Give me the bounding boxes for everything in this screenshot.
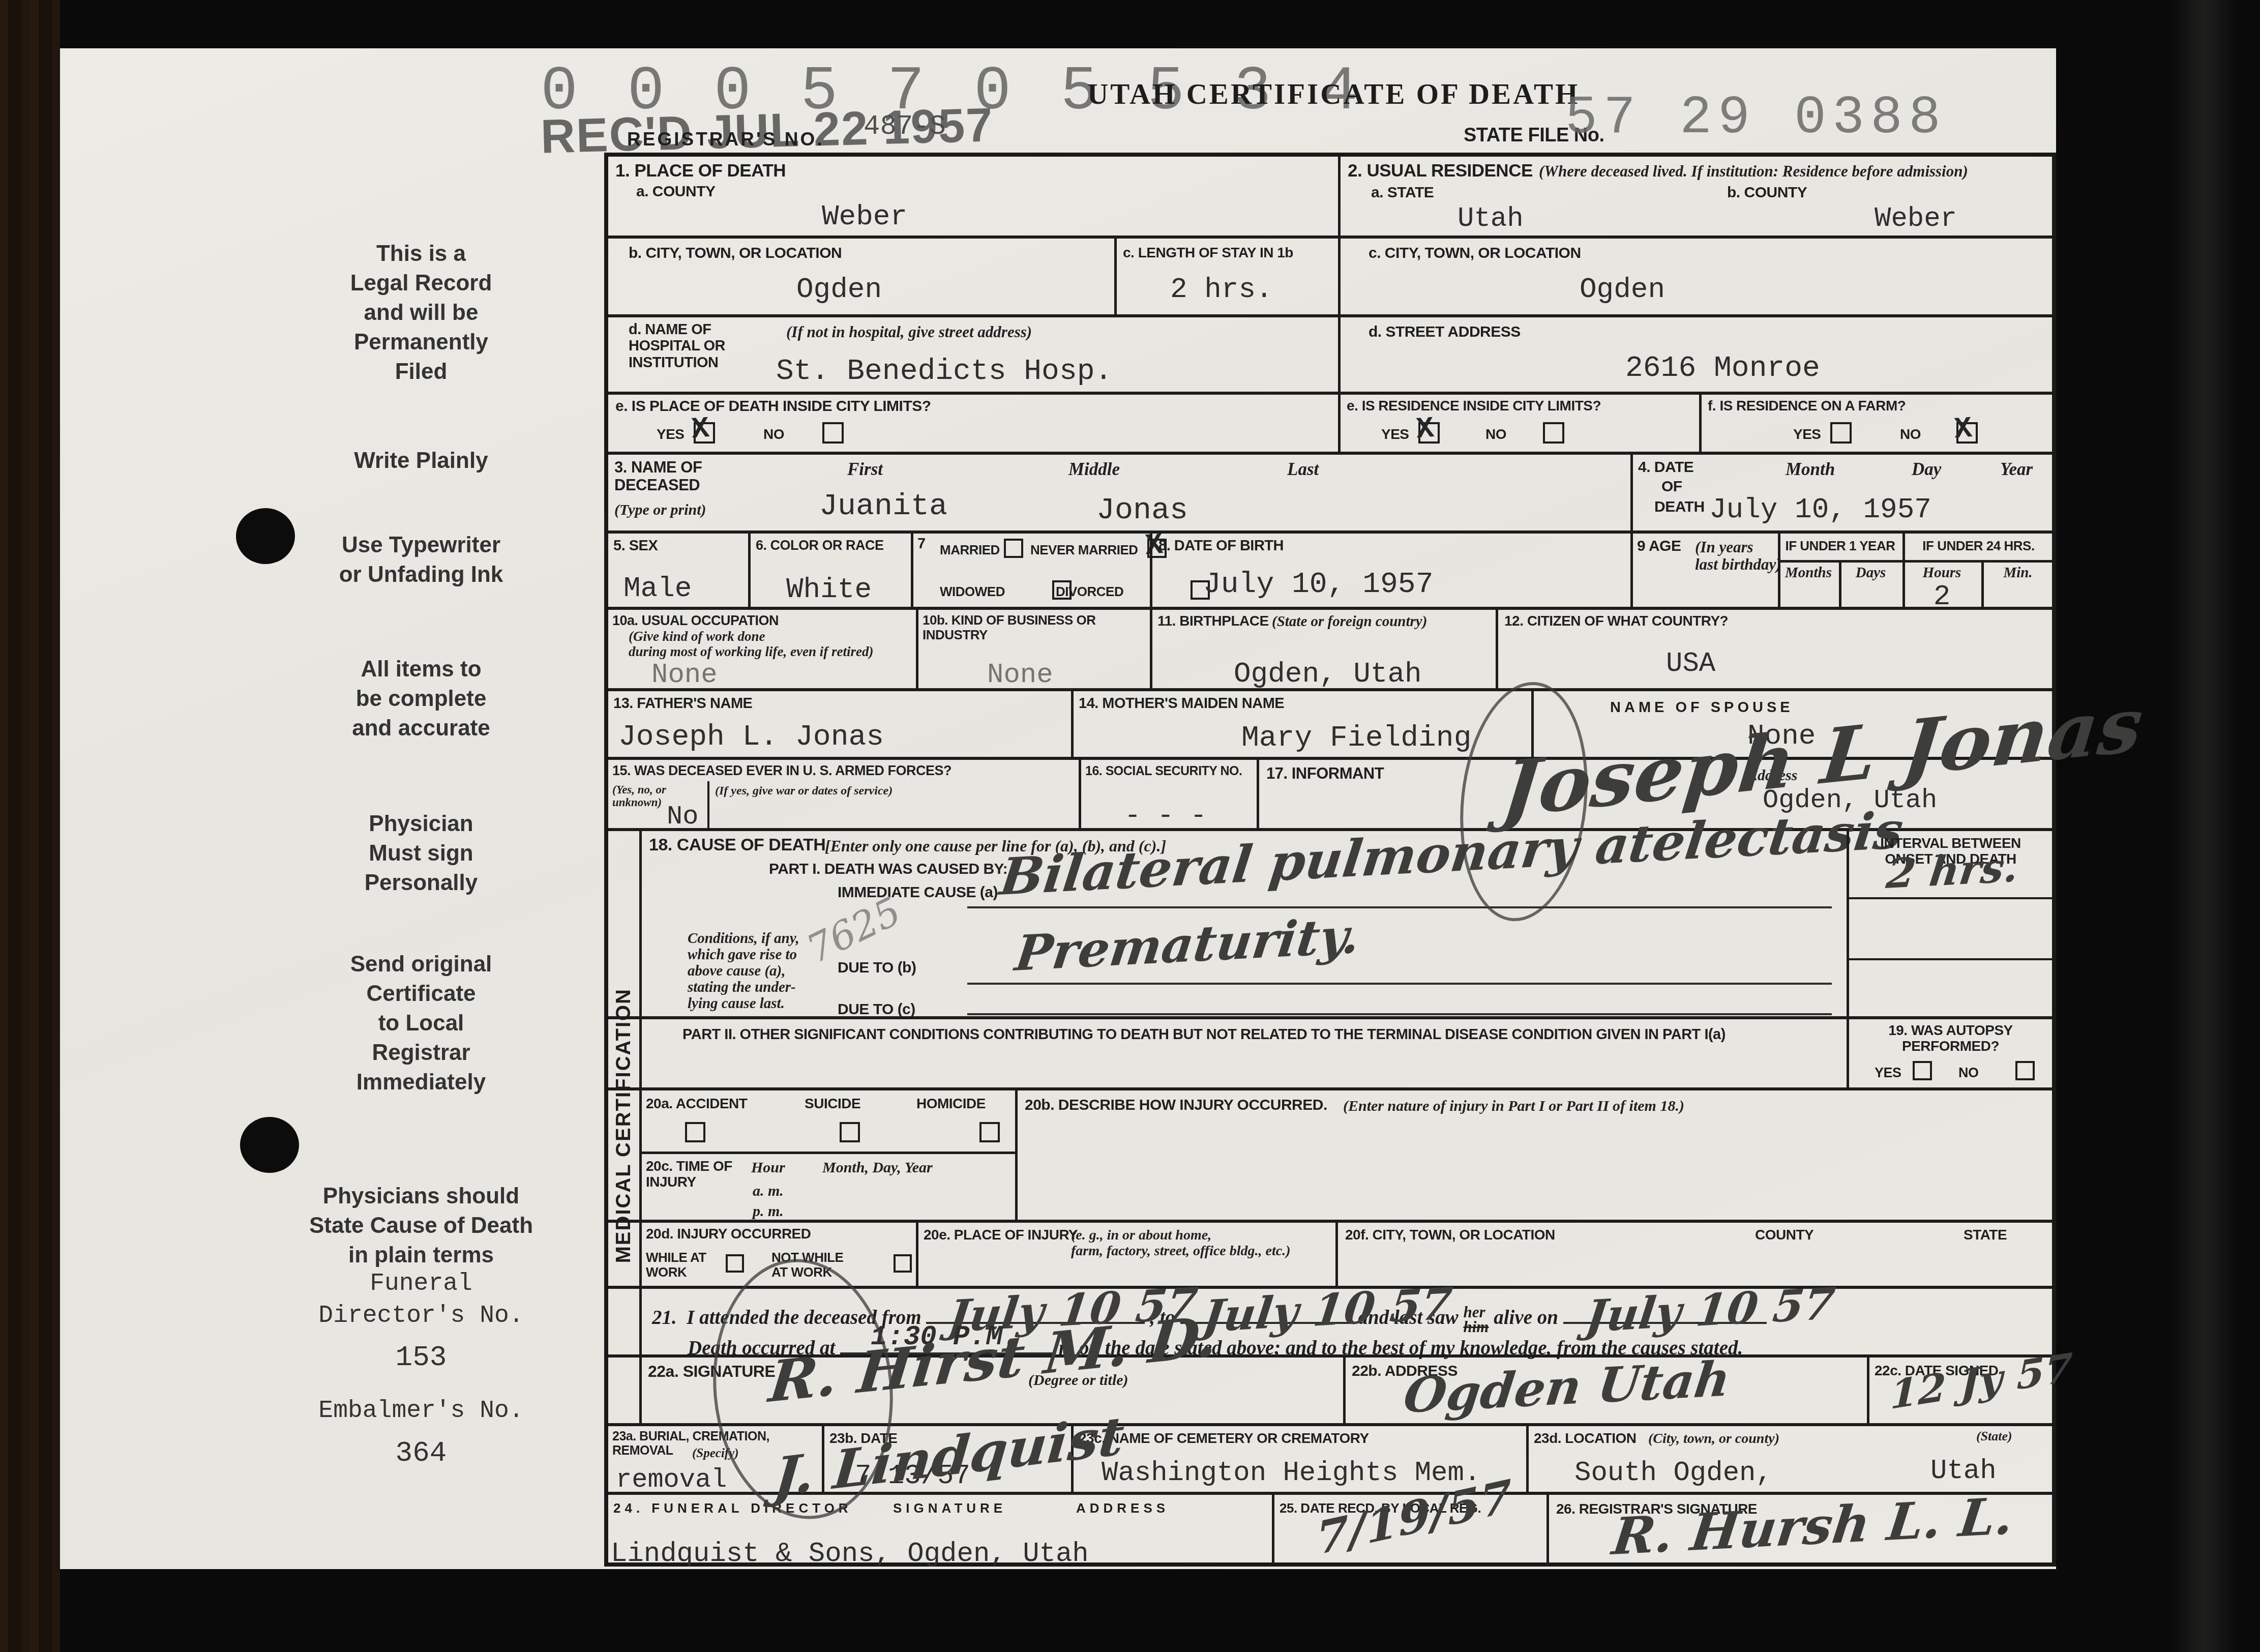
row-occupation-birthplace-citizen: 10a. USUAL OCCUPATION (Give kind of work…: [608, 607, 2052, 688]
field-2-usual-residence: 2. USUAL RESIDENCE (Where deceased lived…: [1338, 157, 2052, 235]
registrars-no-label: REGISTRAR'S NO.: [627, 129, 824, 150]
field-7-number: 7: [917, 536, 926, 552]
row-part2-autopsy: PART II. OTHER SIGNIFICANT CONDITIONS CO…: [608, 1016, 2052, 1087]
field-21-text4: alive on: [1494, 1307, 1558, 1329]
field-18-cause-of-death: 18. CAUSE OF DEATH [Enter only one cause…: [642, 831, 1847, 1016]
field-26-registrar-signature: 26. REGISTRAR'S SIGNATURE R. Hursh L. L.: [1547, 1495, 2052, 1567]
row-hospital-street: d. NAME OF HOSPITAL OR INSTITUTION (If n…: [608, 314, 2052, 392]
field-20c-hour-label: Hour: [751, 1159, 785, 1176]
field-11-label: 11. BIRTHPLACE: [1157, 613, 1269, 629]
field-4-month-header: Month: [1786, 460, 1835, 480]
field-18-due-b-label: DUE TO (b): [838, 959, 916, 977]
margin-note-send-original: Send original Certificate to Local Regis…: [228, 950, 614, 1097]
field-14-label: 14. MOTHER'S MAIDEN NAME: [1079, 695, 1284, 712]
background-wood-edge: [0, 0, 60, 1652]
field-1-place-of-death: 1. PLACE OF DEATH a. COUNTY Weber: [608, 157, 1338, 235]
field-2f-yes-label: YES: [1793, 426, 1821, 442]
x-mark-icon: X: [1415, 415, 1435, 445]
field-1-title: 1. PLACE OF DEATH: [615, 161, 786, 181]
field-7-widowed-label: WIDOWED: [940, 584, 1005, 599]
field-12-value: USA: [1666, 651, 1715, 678]
field-2e-yes-label: YES: [1381, 426, 1409, 442]
field-20a-suicide-checkbox: [840, 1122, 860, 1142]
field-5-value: Male: [623, 574, 692, 603]
field-18-part2: PART II. OTHER SIGNIFICANT CONDITIONS CO…: [642, 1019, 1847, 1087]
blank-line-c: [967, 1013, 1832, 1015]
field-23a-value: removal: [616, 1467, 727, 1493]
field-13-value: Joseph L. Jonas: [618, 723, 884, 752]
field-1d-label: d. NAME OF HOSPITAL OR INSTITUTION: [629, 321, 725, 371]
registrars-no-value: 487-S: [864, 113, 946, 141]
field-4-label-2: OF: [1661, 478, 1682, 495]
field-1e-yes-label: YES: [657, 426, 685, 442]
row-place-residence-1: 1. PLACE OF DEATH a. COUNTY Weber 2. USU…: [608, 157, 2052, 235]
field-6-color-or-race: 6. COLOR OR RACE White: [748, 534, 911, 607]
field-22c-date-signed: 22c. DATE SIGNED 12 Jy 57: [1867, 1358, 2052, 1423]
her-word: her: [1464, 1305, 1489, 1319]
divider: [1849, 958, 2052, 960]
field-1b-value: Ogden: [796, 275, 882, 304]
margin-note-physician-sign: Physician Must sign Personally: [228, 809, 614, 898]
field-20c-pm-label: p. m.: [753, 1203, 784, 1220]
certificate-title: UTAH CERTIFICATE OF DEATH: [1087, 78, 1580, 111]
field-8-date-of-birth: 8. DATE OF BIRTH July 10, 1957: [1150, 534, 1630, 607]
field-24-value: Lindquist & Sons, Ogden, Utah: [611, 1541, 1089, 1568]
field-21-to-handwriting: July 10 57: [1201, 1285, 1454, 1335]
row-city-limits-farm: e. IS PLACE OF DEATH INSIDE CITY LIMITS?…: [608, 392, 2052, 452]
field-17-label: 17. INFORMANT: [1266, 765, 1384, 783]
embalmers-no-label: Embalmer's No.: [228, 1395, 614, 1427]
field-1e-inside-city-limits: e. IS PLACE OF DEATH INSIDE CITY LIMITS?…: [608, 395, 1338, 452]
field-15-armed-forces: 15. WAS DECEASED EVER IN U. S. ARMED FOR…: [608, 760, 1079, 828]
field-20a-suicide-label: SUICIDE: [805, 1096, 860, 1111]
field-10b-business: 10b. KIND OF BUSINESS OR INDUSTRY None: [916, 610, 1150, 688]
field-20d-label: 20d. INJURY OCCURRED: [646, 1226, 811, 1242]
field-4-year-header: Year: [2000, 460, 2033, 480]
field-2c-value: Ogden: [1580, 275, 1665, 304]
field-9-hours-label: Hours: [1902, 565, 1981, 581]
field-9-age: 9 AGE (In years last birthday) IF UNDER …: [1630, 534, 2052, 607]
field-10a-occupation: 10a. USUAL OCCUPATION (Give kind of work…: [608, 610, 916, 688]
row-city-length: b. CITY, TOWN, OR LOCATION Ogden c. LENG…: [608, 235, 2052, 314]
field-19-label: 19. WAS AUTOPSY PERFORMED?: [1849, 1022, 2052, 1054]
field-3-label: 3. NAME OF DECEASED: [614, 459, 702, 494]
field-4-day-header: Day: [1912, 460, 1941, 480]
field-13-fathers-name: 13. FATHER'S NAME Joseph L. Jonas: [608, 691, 1071, 757]
interval-value-handwriting: 2 hrs.: [1885, 850, 2020, 891]
field-1d-note: (If not in hospital, give street address…: [786, 323, 1032, 341]
field-3-name-of-deceased: 3. NAME OF DECEASED (Type or print) Firs…: [608, 455, 1630, 530]
field-14-value: Mary Fielding: [1241, 724, 1471, 753]
field-1e-no-label: NO: [763, 426, 784, 442]
field-4-label-3: DEATH: [1654, 498, 1705, 516]
field-26-value-handwriting: R. Hursh L. L.: [1610, 1494, 2016, 1558]
margin-note-typewriter: Use Typewriter or Unfading Ink: [228, 530, 614, 589]
field-20f-state-label: STATE: [1964, 1227, 2007, 1243]
field-15-label: 15. WAS DECEASED EVER IN U. S. ARMED FOR…: [612, 763, 951, 778]
field-20a-homicide-checkbox: [979, 1122, 1000, 1142]
margin-note-complete: All items to be complete and accurate: [228, 655, 614, 743]
field-1b-label: b. CITY, TOWN, OR LOCATION: [629, 245, 842, 262]
field-20d-notwhile-checkbox: [894, 1254, 912, 1273]
field-9-months-label: Months: [1778, 565, 1839, 581]
field-20c-label: 20c. TIME OF INJURY: [646, 1158, 732, 1190]
field-18-part1-label: PART I. DEATH WAS CAUSED BY:: [769, 861, 1007, 878]
scanned-death-certificate-photo: 0 0 0 5 7 0 5 5 3 4 REC'D JUL 22 1957 RE…: [0, 0, 2260, 1652]
state-file-no-value: 57 29 0388: [1565, 92, 1947, 145]
field-5-label: 5. SEX: [613, 538, 658, 554]
field-16-label: 16. SOCIAL SECURITY NO.: [1085, 764, 1242, 778]
blank-line-b: [967, 983, 1832, 985]
field-1a-label: a. COUNTY: [636, 183, 716, 200]
row-cause-of-death: 18. CAUSE OF DEATH [Enter only one cause…: [608, 828, 2052, 1016]
field-18-title: 18. CAUSE OF DEATH: [649, 835, 825, 854]
field-16-ssn: 16. SOCIAL SECURITY NO. - - -: [1079, 760, 1257, 828]
field-21-alive-blank: July 10 57: [1563, 1301, 1767, 1324]
field-2f-label: f. IS RESIDENCE ON A FARM?: [1708, 398, 1906, 414]
field-10b-value: None: [987, 662, 1053, 689]
funeral-directors-no-value: 153: [228, 1339, 614, 1377]
field-20a-accident-label: 20a. ACCIDENT: [646, 1096, 747, 1111]
field-2a-value: Utah: [1458, 205, 1524, 233]
field-20b-describe-injury: 20b. DESCRIBE HOW INJURY OCCURRED. (Ente…: [1015, 1090, 2052, 1220]
field-20f-city-county-state: 20f. CITY, TOWN, OR LOCATION COUNTY STAT…: [1335, 1223, 2052, 1286]
field-1b-city: b. CITY, TOWN, OR LOCATION Ogden: [608, 239, 1114, 314]
field-18-cause-b-handwriting: Prematurity.: [1013, 915, 1362, 975]
field-2-title-note: (Where deceased lived. If institution: R…: [1539, 163, 1968, 180]
field-20b-note: (Enter nature of injury in Part I or Par…: [1343, 1098, 1684, 1114]
field-23d-state-note: (State): [1976, 1429, 2012, 1444]
field-24-label-signature: SIGNATURE: [893, 1501, 1006, 1516]
field-19-no-label: NO: [1958, 1065, 1979, 1080]
field-10a-label: 10a. USUAL OCCUPATION: [612, 613, 779, 628]
field-2d-street-address: d. STREET ADDRESS 2616 Monroe: [1338, 317, 2052, 392]
field-20e-place-of-injury: 20e. PLACE OF INJURY (e. g., in or about…: [916, 1223, 1335, 1286]
field-7-divorced-label: DIVORCED: [1056, 584, 1123, 599]
field-19-no-checkbox: [2015, 1061, 2035, 1080]
field-11-birthplace: 11. BIRTHPLACE (State or foreign country…: [1150, 610, 1496, 688]
field-20e-label: 20e. PLACE OF INJURY: [924, 1227, 1078, 1243]
injury-left-column: 20a. ACCIDENT SUICIDE HOMICIDE 20c. TIME…: [642, 1090, 1015, 1220]
field-11-note: (State or foreign country): [1272, 614, 1427, 630]
field-1d-hospital: d. NAME OF HOSPITAL OR INSTITUTION (If n…: [608, 317, 1338, 392]
field-1c-length-of-stay: c. LENGTH OF STAY IN 1b 2 hrs.: [1114, 239, 1338, 314]
field-7-marital-status: 7 MARRIED NEVER MARRIED X WIDOWED DIVORC…: [911, 534, 1150, 607]
divider: [707, 781, 709, 831]
field-2c-city: c. CITY, TOWN, OR LOCATION Ogden: [1338, 239, 2052, 314]
background-right-sheen: [2172, 0, 2238, 1652]
field-22c-value-handwriting: 12 Jy 57: [1890, 1351, 2073, 1412]
field-23d-state-value: Utah: [1930, 1458, 1997, 1485]
field-24-label-address: ADDRESS: [1076, 1501, 1169, 1516]
x-mark-icon: X: [1953, 415, 1973, 445]
field-7-married-checkbox: [1004, 539, 1023, 558]
field-14-mothers-maiden-name: 14. MOTHER'S MAIDEN NAME Mary Fielding: [1071, 691, 1531, 757]
field-18-due-c-label: DUE TO (c): [838, 1001, 915, 1018]
field-20a-accident-suicide-homicide: 20a. ACCIDENT SUICIDE HOMICIDE: [642, 1090, 1015, 1154]
field-15-value: No: [667, 804, 698, 830]
field-20a-accident-checkbox: [685, 1122, 705, 1142]
margin-note-plain-terms: Physicians should State Cause of Death i…: [228, 1182, 614, 1270]
field-2f-no-checkbox: X: [1956, 422, 1978, 444]
field-16-value: - - -: [1124, 803, 1207, 830]
field-1d-value: St. Benedicts Hosp.: [776, 357, 1112, 387]
field-1e-yes-checkbox: X: [694, 422, 715, 444]
field-23d-note: (City, town, or county): [1648, 1431, 1779, 1447]
field-2e-yes-checkbox: X: [1418, 422, 1440, 444]
field-9-under1-label: IF UNDER 1 YEAR: [1778, 539, 1902, 553]
field-8-label: 8. DATE OF BIRTH: [1158, 538, 1284, 554]
divider: [1849, 897, 2052, 899]
field-4-label-1: 4. DATE: [1638, 459, 1693, 476]
field-2b-value: Weber: [1875, 205, 1957, 233]
field-5-sex: 5. SEX Male: [608, 534, 748, 607]
field-3-note: (Type or print): [614, 501, 706, 518]
field-10a-note: (Give kind of work done during most of w…: [629, 629, 874, 659]
field-20c-mdy-label: Month, Day, Year: [822, 1159, 933, 1176]
margin-note-write-plainly: Write Plainly: [228, 446, 614, 476]
field-21-alive-handwriting: July 10 57: [1584, 1285, 1837, 1335]
blank-line-a: [967, 906, 1832, 908]
field-19-yes-checkbox: [1913, 1061, 1932, 1080]
field-13-label: 13. FATHER'S NAME: [613, 695, 752, 712]
field-19-yes-label: YES: [1875, 1065, 1901, 1080]
field-6-value: White: [786, 575, 872, 604]
field-20e-note: (e. g., in or about home, farm, factory,…: [1071, 1228, 1291, 1259]
field-20d-while-label: WHILE AT WORK: [646, 1250, 706, 1280]
field-2e-label: e. IS RESIDENCE INSIDE CITY LIMITS?: [1347, 398, 1601, 414]
field-9-under24-label: IF UNDER 24 HRS.: [1902, 539, 2055, 553]
field-2f-yes-checkbox: [1830, 422, 1852, 444]
field-23d-label: 23d. LOCATION: [1534, 1430, 1636, 1446]
field-2d-label: d. STREET ADDRESS: [1369, 323, 1521, 341]
field-7-never-married-label: NEVER MARRIED: [1030, 543, 1138, 557]
field-3-first-value: Juanita: [819, 491, 947, 522]
field-20b-label: 20b. DESCRIBE HOW INJURY OCCURRED.: [1025, 1097, 1327, 1114]
field-2e-no-label: NO: [1485, 426, 1506, 442]
field-2c-label: c. CITY, TOWN, OR LOCATION: [1369, 245, 1581, 262]
x-mark-icon: X: [691, 415, 710, 445]
field-3-first-header: First: [847, 460, 883, 480]
field-24-funeral-director: 24. FUNERAL DIRECTOR SIGNATURE ADDRESS L…: [608, 1495, 1272, 1567]
field-3-last-header: Last: [1287, 460, 1319, 480]
field-8-value: July 10, 1957: [1203, 570, 1433, 600]
field-10b-label: 10b. KIND OF BUSINESS OR INDUSTRY: [923, 613, 1150, 642]
field-21-her-him: herhim: [1464, 1305, 1489, 1335]
field-22b-value-handwriting: Ogden Utah: [1402, 1359, 1733, 1417]
field-23c-value: Washington Heights Mem.: [1102, 1460, 1480, 1487]
field-2-title: 2. USUAL RESIDENCE: [1348, 161, 1533, 181]
field-2d-value: 2616 Monroe: [1625, 354, 1820, 383]
embalmers-no-value: 364: [228, 1435, 614, 1472]
funeral-directors-no-label: Funeral Director's No.: [228, 1268, 614, 1333]
field-2e-inside-city-limits: e. IS RESIDENCE INSIDE CITY LIMITS? YES …: [1338, 395, 1699, 452]
field-20f-label: 20f. CITY, TOWN, OR LOCATION: [1345, 1227, 1555, 1243]
field-18-conditions-note: Conditions, if any, which gave rise to a…: [688, 931, 799, 1012]
field-3-last-value: Jonas: [1096, 495, 1188, 526]
row-injury-type-time: 20a. ACCIDENT SUICIDE HOMICIDE 20c. TIME…: [608, 1087, 2052, 1220]
field-22b-address: 22b. ADDRESS Ogden Utah: [1343, 1358, 1867, 1423]
field-18-interval-column: INTERVAL BETWEEN ONSET AND DEATH 2 hrs.: [1847, 831, 2052, 1016]
field-25-date-received: 25. DATE RECD. BY LOCAL REG. 7/19/57: [1272, 1495, 1547, 1567]
field-1c-value: 2 hrs.: [1170, 275, 1273, 304]
field-20a-homicide-label: HOMICIDE: [916, 1096, 986, 1111]
field-9-days-label: Days: [1839, 565, 1902, 581]
field-12-citizen: 12. CITIZEN OF WHAT COUNTRY? USA: [1496, 610, 2052, 688]
field-1c-label: c. LENGTH OF STAY IN 1b: [1123, 245, 1293, 260]
field-20d-while-checkbox: [726, 1254, 744, 1273]
row-name-dateofdeath: 3. NAME OF DECEASED (Type or print) Firs…: [608, 452, 2052, 530]
field-2a-label: a. STATE: [1371, 184, 1434, 201]
field-6-label: 6. COLOR OR RACE: [756, 538, 884, 553]
field-9-note: (In years last birthday): [1695, 539, 1781, 573]
field-23d-location: 23d. LOCATION (City, town, or county) (S…: [1526, 1426, 2052, 1492]
field-10a-value: None: [651, 662, 718, 689]
field-20c-time-of-injury: 20c. TIME OF INJURY Hour Month, Day, Yea…: [642, 1154, 1015, 1223]
field-15-note-b: (If yes, give war or dates of service): [715, 784, 893, 798]
field-2b-label: b. COUNTY: [1727, 184, 1807, 201]
field-20c-am-label: a. m.: [753, 1183, 784, 1199]
field-4-value: July 10, 1957: [1709, 495, 1931, 524]
field-23d-value: South Ogden,: [1574, 1460, 1772, 1487]
field-1e-no-checkbox: [822, 422, 844, 444]
field-7-married-label: MARRIED: [940, 543, 1000, 557]
field-1e-label: e. IS PLACE OF DEATH INSIDE CITY LIMITS?: [615, 398, 931, 415]
certificate-paper: 0 0 0 5 7 0 5 5 3 4 REC'D JUL 22 1957 RE…: [60, 48, 2056, 1569]
field-spouse-label: NAME OF SPOUSE: [1610, 699, 1794, 716]
field-9-min-label: Min.: [1981, 565, 2055, 581]
margin-note-legal-record: This is a Legal Record and will be Perma…: [228, 239, 614, 387]
field-12-label: 12. CITIZEN OF WHAT COUNTRY?: [1504, 613, 1728, 629]
field-2f-no-label: NO: [1900, 426, 1921, 442]
field-20f-county-label: COUNTY: [1755, 1227, 1813, 1243]
punch-hole-bottom: [240, 1117, 299, 1173]
field-1a-value: Weber: [822, 202, 907, 231]
row-sex-race-marital-dob-age: 5. SEX Male 6. COLOR OR RACE White 7 MAR…: [608, 530, 2052, 607]
field-9-label: 9 AGE: [1637, 538, 1681, 555]
field-18-part2-label: PART II. OTHER SIGNIFICANT CONDITIONS CO…: [682, 1026, 1726, 1043]
field-19-autopsy: 19. WAS AUTOPSY PERFORMED? YES NO: [1847, 1019, 2052, 1087]
field-18-immediate-label: IMMEDIATE CAUSE (a): [838, 884, 998, 901]
divider: [1778, 560, 2055, 563]
field-2f-residence-on-farm: f. IS RESIDENCE ON A FARM? YES NO X: [1699, 395, 2052, 452]
field-2e-no-checkbox: [1543, 422, 1564, 444]
field-4-date-of-death: 4. DATE OF DEATH Month Day Year July 10,…: [1630, 455, 2052, 530]
field-11-value: Ogden, Utah: [1234, 660, 1422, 688]
field-3-middle-header: Middle: [1068, 460, 1120, 480]
field-21-number: 21.: [652, 1307, 677, 1329]
